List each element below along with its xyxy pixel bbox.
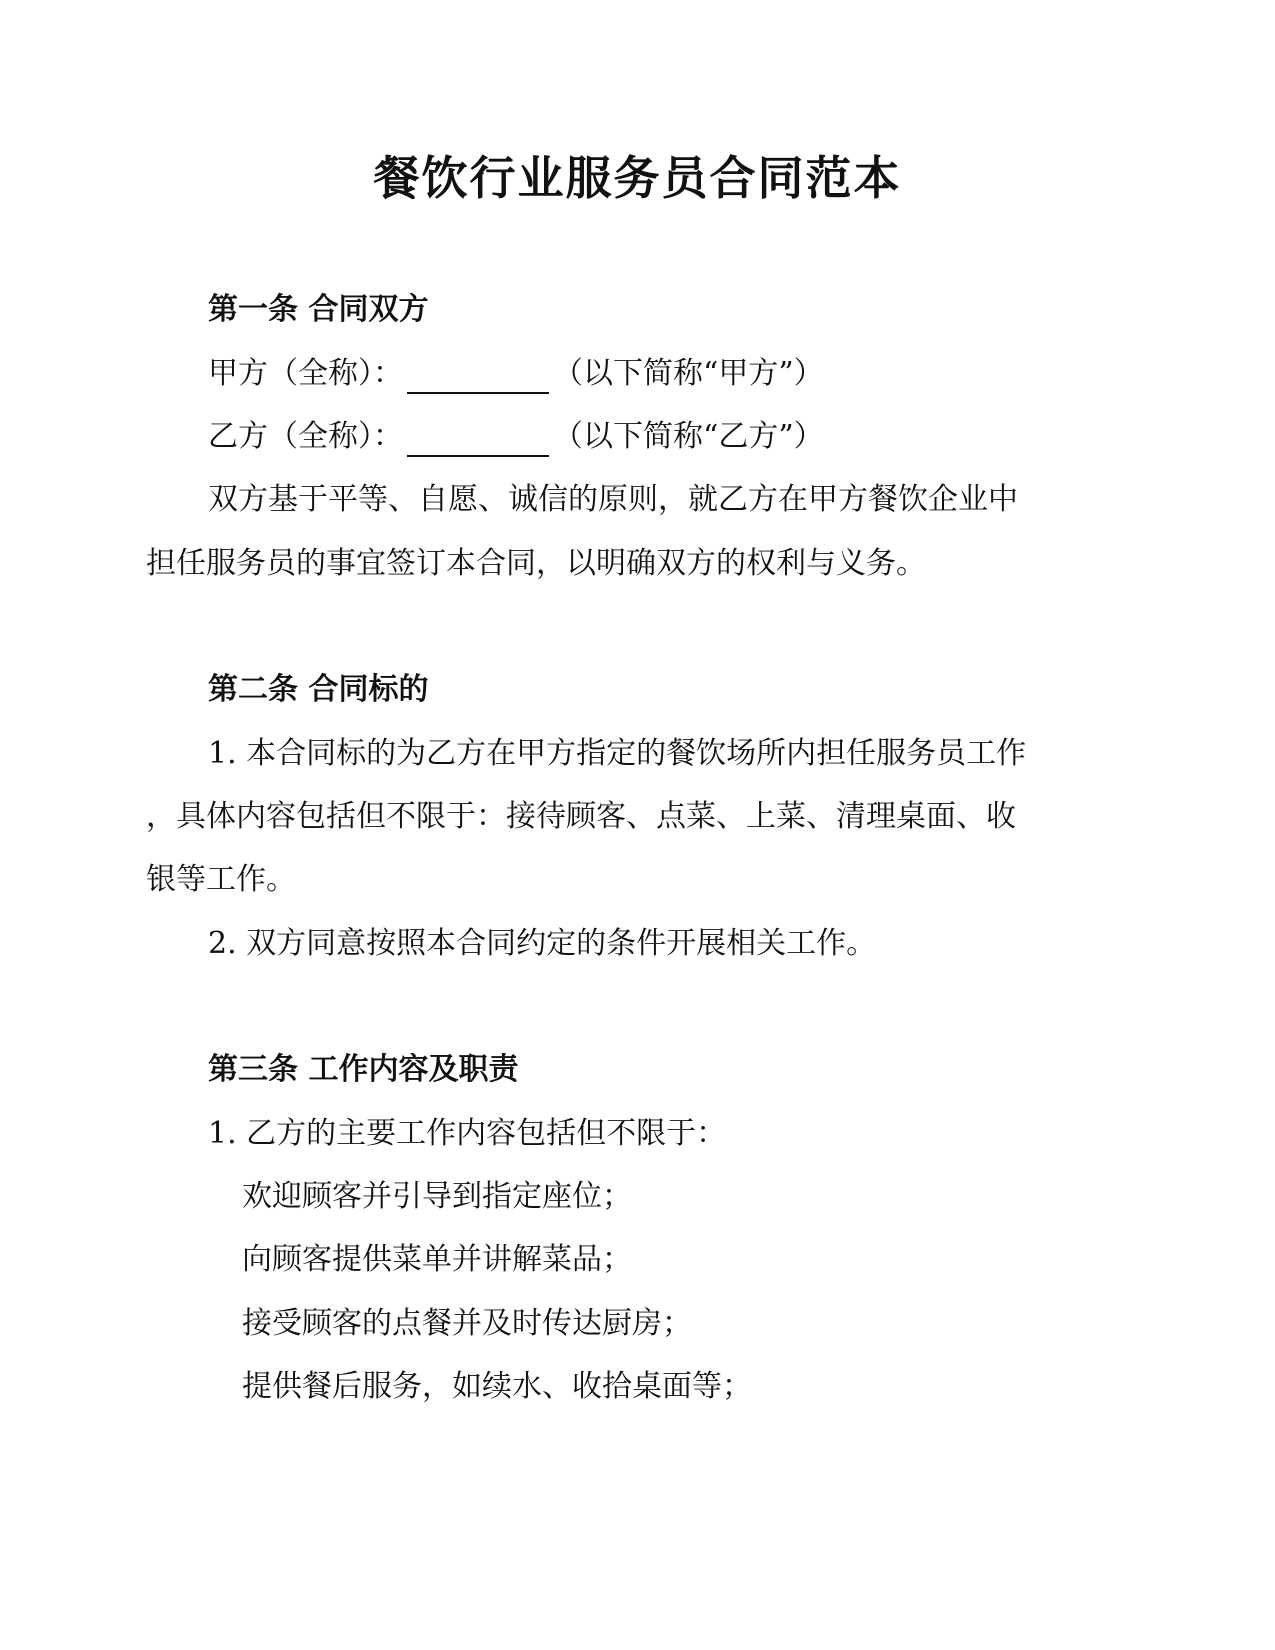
duty-item: 向顾客提供菜单并讲解菜品；	[242, 1240, 632, 1280]
section-2-item-1-line-1: 1. 本合同标的为乙方在甲方指定的餐饮场所内担任服务员工作	[208, 734, 1026, 774]
party-a-prefix: 甲方（全称）：	[208, 356, 403, 391]
duty-item: 欢迎顾客并引导到指定座位；	[242, 1177, 632, 1217]
duty-item: 提供餐后服务，如续水、收拾桌面等；	[242, 1367, 752, 1407]
party-b-suffix: （以下简称“乙方”）	[553, 419, 824, 454]
section-1-heading: 第一条 合同双方	[208, 290, 428, 330]
section-3-heading: 第三条 工作内容及职责	[208, 1050, 518, 1090]
section-2-heading: 第二条 合同标的	[208, 670, 428, 710]
section-2-item-1-line-3: 银等工作。	[146, 860, 296, 900]
party-a-suffix: （以下简称“甲方”）	[553, 356, 824, 391]
section-1-para-line-2: 担任服务员的事宜签订本合同，以明确双方的权利与义务。	[146, 544, 926, 584]
party-a-blank-field[interactable]	[407, 362, 549, 394]
party-b-blank-field[interactable]	[407, 425, 549, 457]
document-title: 餐饮行业服务员合同范本	[0, 148, 1275, 208]
section-1-para-line-1: 双方基于平等、自愿、诚信的原则，就乙方在甲方餐饮企业中	[208, 480, 1018, 520]
party-b-line: 乙方（全称）：（以下简称“乙方”）	[208, 417, 824, 457]
section-2-item-1-line-2: ，具体内容包括但不限于：接待顾客、点菜、上菜、清理桌面、收	[146, 797, 1016, 837]
party-a-line: 甲方（全称）：（以下简称“甲方”）	[208, 354, 824, 394]
duty-item: 接受顾客的点餐并及时传达厨房；	[242, 1304, 692, 1344]
section-3-item-1: 1. 乙方的主要工作内容包括但不限于：	[208, 1114, 726, 1154]
section-2-item-2: 2. 双方同意按照本合同约定的条件开展相关工作。	[208, 924, 876, 964]
party-b-prefix: 乙方（全称）：	[208, 419, 403, 454]
